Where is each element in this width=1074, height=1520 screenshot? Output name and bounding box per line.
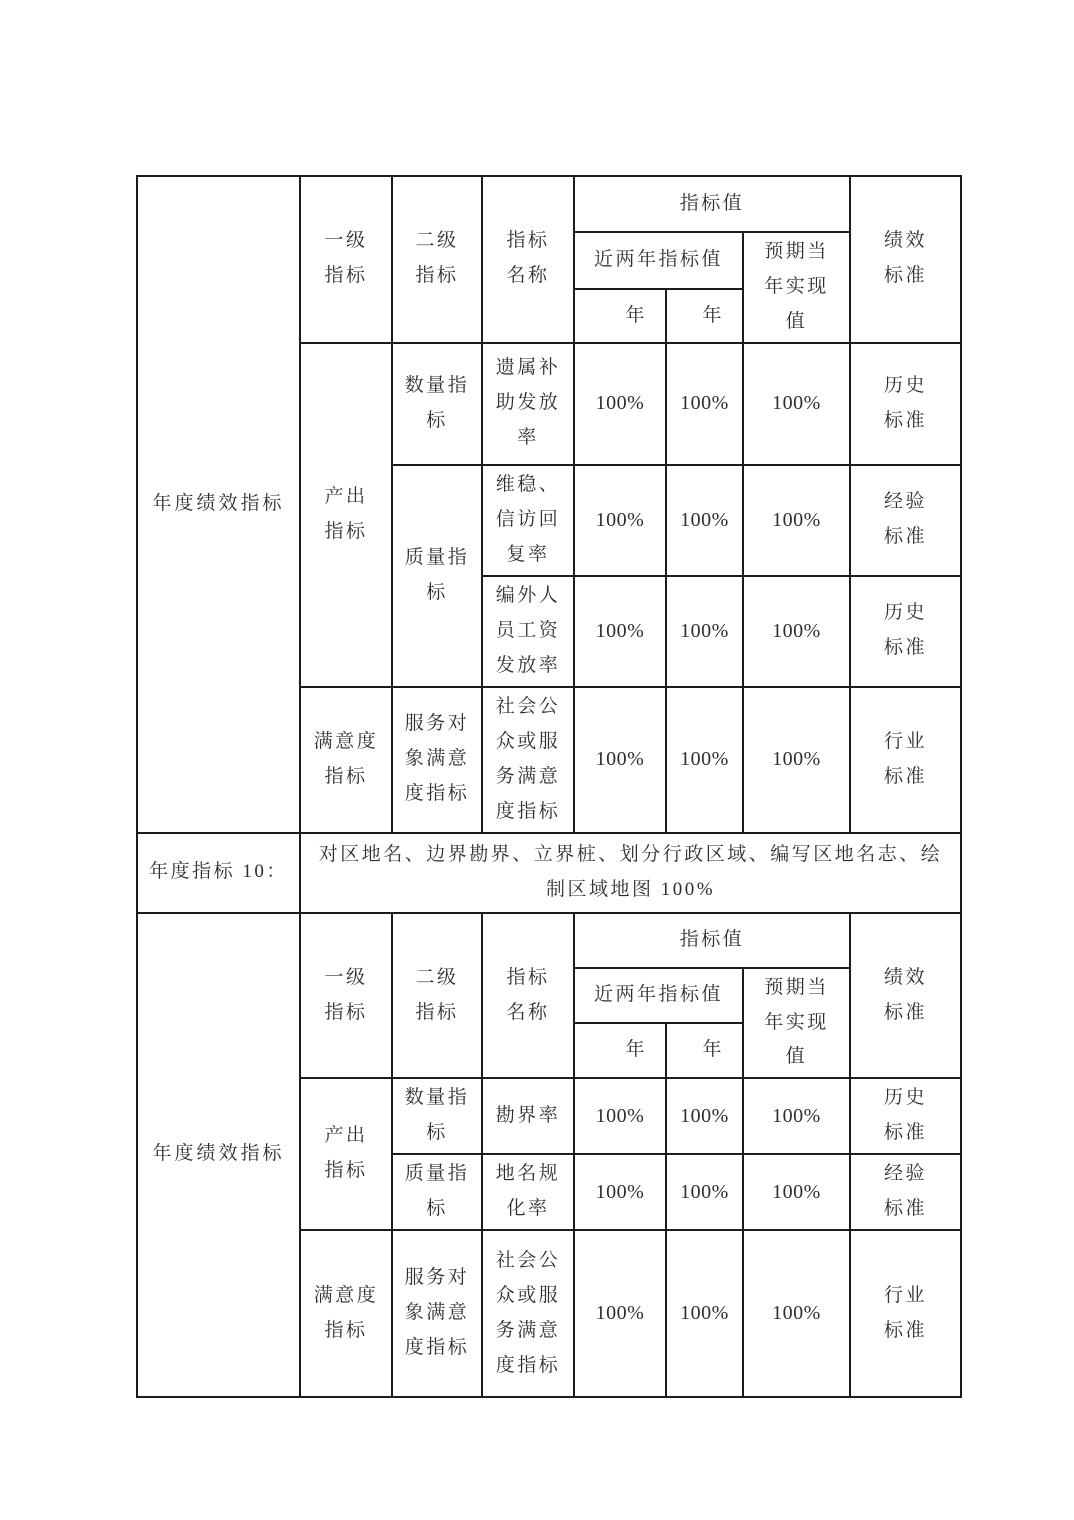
header-standard-cell: 绩效标准: [850, 176, 961, 343]
level2-cell: 质量指标: [392, 1154, 482, 1230]
value-year1-cell: 100%: [574, 1230, 666, 1397]
indicator-name-cell: 社会公众或服务满意度指标: [482, 687, 574, 833]
header-standard-label: 绩效标准: [882, 224, 929, 294]
indicator-name-cell: 编外人员工资发放率: [482, 576, 574, 687]
section2-row-label: 年度绩效指标: [152, 1143, 284, 1164]
header-expected-cell: 预期当年实现值: [743, 232, 850, 343]
header-level2-label: 二级指标: [414, 961, 461, 1031]
performance-indicator-table: 年度绩效指标 一级指标 二级指标 指标名称 指标值 绩效标准 近两年指标值 预期…: [136, 175, 962, 1398]
value-year2-cell: 100%: [666, 343, 743, 465]
standard-label: 历史标准: [882, 369, 929, 439]
standard-cell: 行业标准: [850, 687, 961, 833]
indicator-name-cell: 维稳、信访回复率: [482, 465, 574, 576]
level1-label: 产出指标: [323, 480, 370, 550]
standard-label: 历史标准: [882, 1081, 929, 1151]
header-level2-label: 二级指标: [414, 224, 461, 294]
standard-cell: 历史标准: [850, 576, 961, 687]
header-name-cell: 指标名称: [482, 176, 574, 343]
standard-cell: 历史标准: [850, 1078, 961, 1154]
header-year1-cell: 年: [574, 289, 666, 342]
value-year1-cell: 100%: [574, 576, 666, 687]
level2-cell: 数量指标: [392, 343, 482, 465]
standard-label: 历史标准: [882, 596, 929, 666]
level2-cell: 数量指标: [392, 1078, 482, 1154]
header-level1-cell: 一级指标: [300, 913, 392, 1079]
header-level1-label: 一级指标: [323, 224, 370, 294]
header-value-group-cell: 指标值: [574, 176, 850, 232]
header-level1-cell: 一级指标: [300, 176, 392, 343]
value-expected-cell: 100%: [743, 1078, 850, 1154]
standard-cell: 行业标准: [850, 1230, 961, 1397]
header-year2-cell: 年: [666, 1023, 743, 1078]
indicator-name-cell: 遗属补助发放率: [482, 343, 574, 465]
value-year1-cell: 100%: [574, 465, 666, 576]
value-expected-cell: 100%: [743, 576, 850, 687]
level2-cell: 服务对象满意度指标: [392, 1230, 482, 1397]
level1-cell: 产出指标: [300, 1078, 392, 1230]
level2-cell: 质量指标: [392, 465, 482, 687]
standard-label: 行业标准: [882, 725, 929, 795]
value-year2-cell: 100%: [666, 687, 743, 833]
header-name-cell: 指标名称: [482, 913, 574, 1079]
header-name-label: 指标名称: [505, 224, 552, 294]
value-expected-cell: 100%: [743, 1154, 850, 1230]
value-year1-cell: 100%: [574, 1154, 666, 1230]
header-standard-label: 绩效标准: [882, 961, 929, 1031]
header-standard-cell: 绩效标准: [850, 913, 961, 1079]
value-year2-cell: 100%: [666, 1078, 743, 1154]
value-expected-cell: 100%: [743, 1230, 850, 1397]
header-level2-cell: 二级指标: [392, 176, 482, 343]
value-year2-cell: 100%: [666, 465, 743, 576]
level2-cell: 服务对象满意度指标: [392, 687, 482, 833]
table-row: 年度绩效指标 一级指标 二级指标 指标名称 指标值 绩效标准: [137, 176, 961, 232]
table-row: 年度指标 10： 对区地名、边界勘界、立界桩、划分行政区域、编写区地名志、绘制区…: [137, 833, 961, 913]
header-level1-label: 一级指标: [323, 961, 370, 1031]
value-year2-cell: 100%: [666, 576, 743, 687]
value-year1-cell: 100%: [574, 687, 666, 833]
header-expected-label: 预期当年实现值: [762, 235, 832, 340]
indicator-name-cell: 社会公众或服务满意度指标: [482, 1230, 574, 1397]
level1-label: 产出指标: [323, 1119, 370, 1189]
indicator10-label-cell: 年度指标 10：: [137, 833, 300, 913]
standard-cell: 经验标准: [850, 1154, 961, 1230]
header-name-label: 指标名称: [505, 961, 552, 1031]
header-expected-cell: 预期当年实现值: [743, 968, 850, 1079]
header-recent-two-years-cell: 近两年指标值: [574, 232, 743, 289]
section1-row-label: 年度绩效指标: [152, 493, 284, 514]
header-recent-two-years-cell: 近两年指标值: [574, 968, 743, 1023]
standard-cell: 经验标准: [850, 465, 961, 576]
value-expected-cell: 100%: [743, 343, 850, 465]
indicator-name-cell: 勘界率: [482, 1078, 574, 1154]
level1-cell: 满意度指标: [300, 1230, 392, 1397]
table-row: 年度绩效指标 一级指标 二级指标 指标名称 指标值 绩效标准: [137, 913, 961, 968]
level1-cell: 产出指标: [300, 343, 392, 687]
value-expected-cell: 100%: [743, 465, 850, 576]
header-value-group-cell: 指标值: [574, 913, 850, 968]
document-page: 年度绩效指标 一级指标 二级指标 指标名称 指标值 绩效标准 近两年指标值 预期…: [0, 0, 1074, 1520]
header-year2-cell: 年: [666, 289, 743, 342]
standard-label: 经验标准: [882, 485, 929, 555]
indicator10-content-cell: 对区地名、边界勘界、立界桩、划分行政区域、编写区地名志、绘制区域地图 100%: [300, 833, 961, 913]
value-year1-cell: 100%: [574, 343, 666, 465]
header-level2-cell: 二级指标: [392, 913, 482, 1079]
header-expected-label: 预期当年实现值: [762, 971, 832, 1076]
standard-label: 经验标准: [882, 1157, 929, 1227]
indicator-name-cell: 地名规化率: [482, 1154, 574, 1230]
section2-row-label-cell: 年度绩效指标: [137, 913, 300, 1398]
value-year2-cell: 100%: [666, 1154, 743, 1230]
standard-cell: 历史标准: [850, 343, 961, 465]
standard-label: 行业标准: [882, 1279, 929, 1349]
level1-cell: 满意度指标: [300, 687, 392, 833]
value-expected-cell: 100%: [743, 687, 850, 833]
header-year1-cell: 年: [574, 1023, 666, 1078]
value-year1-cell: 100%: [574, 1078, 666, 1154]
value-year2-cell: 100%: [666, 1230, 743, 1397]
section1-row-label-cell: 年度绩效指标: [137, 176, 300, 833]
